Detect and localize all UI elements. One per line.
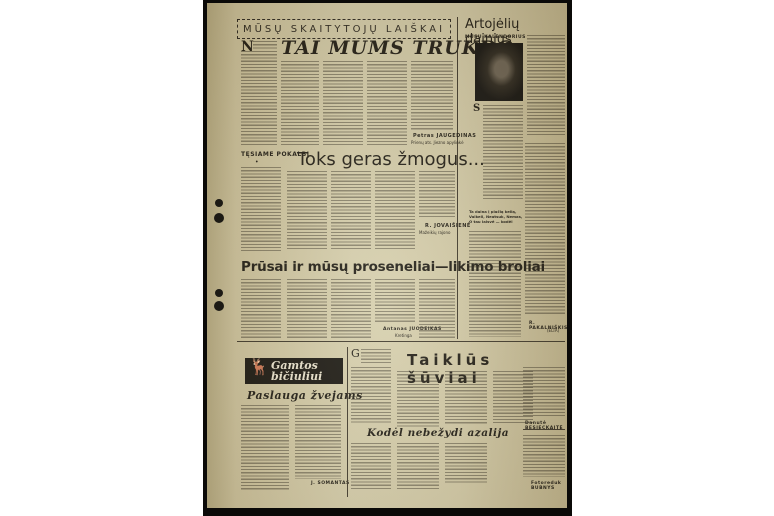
byline: J. SOMANTAS	[311, 481, 350, 486]
byline: Fotoreduk BUBNYS	[531, 481, 567, 491]
body-text	[469, 231, 521, 337]
logo-line: bičiuliui	[271, 371, 343, 382]
bullet-icon: •	[255, 159, 259, 166]
newspaper-page: MŪSŲ SKAITYTOJŲ LAIŠKAI N TAI MUMS TRUKD…	[207, 3, 567, 508]
dropcap: S	[473, 103, 480, 114]
byline-location: Mažeikių rajono	[419, 230, 450, 235]
headline-kodel-nebezydi-azalija: Kodėl nebežydi azalija	[367, 427, 509, 439]
gamtos-biciuliui-logo: 🦌 Gamtos bičiuliui	[245, 358, 343, 384]
section-rubric: MŪSŲ SKAITYTOJŲ LAIŠKAI	[237, 19, 451, 39]
body-text	[397, 371, 439, 427]
punch-hole	[215, 199, 223, 207]
body-text	[397, 443, 439, 491]
dropcap: G	[351, 347, 360, 360]
poem-quote: Ta daina į plačią kelią, Vaikeli, Neatsu…	[469, 209, 522, 224]
body-text	[287, 171, 327, 251]
body-text	[527, 35, 565, 135]
body-text	[241, 405, 289, 491]
deer-icon: 🦌	[249, 361, 269, 372]
body-text	[445, 443, 487, 483]
headline-toks-geras-zmogus: Toks geras žmogus...	[297, 149, 485, 170]
headline-paslauga-zvejams: Paslauga žvejams	[247, 389, 363, 402]
body-text	[287, 279, 327, 339]
byline: R. JOVAIŠIENĖ	[425, 223, 471, 229]
body-text	[367, 61, 407, 145]
byline: Petras JAUGEDINAS	[413, 133, 476, 139]
body-text	[411, 61, 453, 131]
punch-hole	[214, 301, 224, 311]
body-text	[281, 61, 319, 145]
body-text	[483, 105, 523, 201]
body-text	[523, 367, 565, 417]
body-text	[323, 61, 363, 145]
body-text	[241, 279, 281, 339]
body-text	[525, 143, 565, 315]
body-text	[351, 443, 391, 491]
body-text	[331, 171, 371, 251]
body-text	[351, 367, 391, 423]
body-text	[241, 167, 281, 251]
body-text	[295, 405, 341, 479]
quote-line: O tau laisvė — kodėl	[469, 219, 522, 224]
body-text	[361, 349, 391, 365]
punch-hole	[214, 213, 224, 223]
portrait-photo	[475, 43, 523, 101]
byline-source: (ELTA)	[547, 328, 559, 333]
body-text	[523, 435, 565, 477]
byline: Antanas JUODEIKAS	[383, 327, 442, 332]
body-text	[253, 41, 277, 49]
column-divider	[347, 347, 348, 497]
body-text	[241, 51, 277, 147]
byline-location: Prienų ats. Jiezno apylinkė	[411, 140, 464, 145]
scanned-page-frame: MŪSŲ SKAITYTOJŲ LAIŠKAI N TAI MUMS TRUKD…	[203, 0, 572, 516]
body-text	[375, 279, 415, 323]
body-text	[445, 371, 487, 425]
byline-location: Kretinga	[395, 333, 412, 338]
body-text	[331, 279, 371, 339]
punch-hole	[215, 289, 223, 297]
kicker: MŪSŲ KALENDORIUS	[465, 35, 526, 40]
section-divider	[237, 341, 565, 342]
byline-divider	[523, 429, 565, 430]
body-text	[419, 171, 455, 219]
column-divider	[457, 17, 458, 339]
body-text	[375, 171, 415, 251]
